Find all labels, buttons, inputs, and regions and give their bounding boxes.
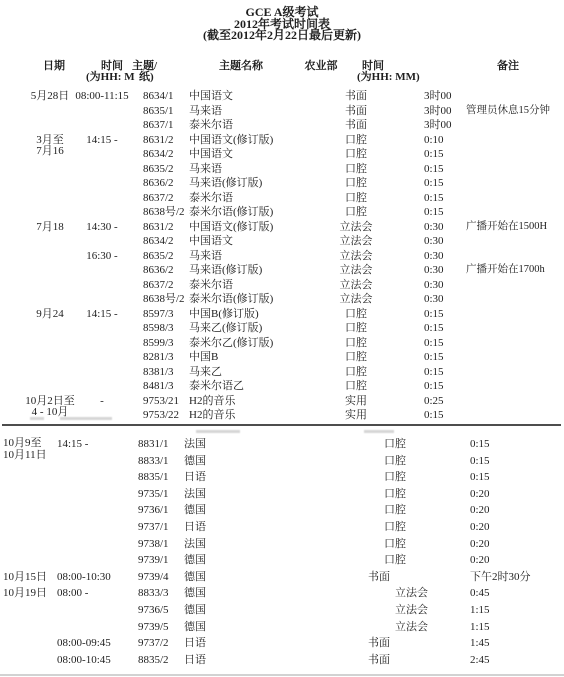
duration-cell: 0:30 — [424, 292, 444, 307]
duration-cell: 0:15 — [424, 379, 444, 394]
exam-type-cell: 口腔 — [362, 536, 428, 553]
page-bottom-edge — [0, 674, 564, 676]
subject-code-cell: 8634/1 — [143, 89, 174, 104]
start-time-cell: 14:15 - — [72, 307, 132, 322]
table-row: 8598/3 马来乙(修订版) 口腔 0:15 — [0, 321, 564, 336]
duration-cell: 0:30 — [424, 220, 444, 235]
exam-type-cell: 口腔 — [325, 191, 387, 206]
column-header-time-sub: (为HH: M — [86, 68, 135, 84]
duration-cell: 0:15 — [424, 321, 444, 336]
exam-type-cell: 立法会 — [325, 278, 387, 293]
exam-type-cell: 立法会 — [362, 619, 428, 636]
subject-code-cell: 8638号/2 — [143, 292, 185, 307]
table-row: 8637/2 泰米尔语 口腔 0:15 — [0, 191, 564, 206]
exam-type-cell: 口腔 — [362, 519, 428, 536]
timetable-section-2: 10月9至 10月11日 14:15 - 8831/1 法国 口腔 0:15 8… — [0, 436, 564, 668]
subject-name-cell: 泰米尔语 — [189, 118, 233, 133]
subject-code-cell: 9737/1 — [138, 519, 169, 536]
subject-code-cell: 8598/3 — [143, 321, 174, 336]
table-row: 8634/2 中国语文 口腔 0:15 — [0, 147, 564, 162]
subject-name-cell: 中国语文 — [189, 147, 233, 162]
table-row: 08:00-10:45 8835/2 日语 书面 2:45 — [0, 652, 564, 669]
table-row: 9737/1 日语 口腔 0:20 — [0, 519, 564, 536]
subject-name-cell: 德国 — [184, 502, 206, 519]
exam-type-cell: 口腔 — [325, 379, 387, 394]
subject-name-cell: 中国B(修订版) — [189, 307, 259, 322]
subject-code-cell: 9753/21 — [143, 394, 179, 409]
duration-cell: 0:20 — [470, 536, 490, 553]
table-row: 8481/3 泰米尔语乙 口腔 0:15 — [0, 379, 564, 394]
table-row: 8636/2 马来语(修订版) 立法会 0:30 广播开始在1700h — [0, 263, 564, 278]
duration-cell: 0:15 — [424, 408, 444, 423]
exam-type-cell: 立法会 — [325, 292, 387, 307]
table-row: 8636/2 马来语(修订版) 口腔 0:15 — [0, 176, 564, 191]
duration-cell: 3时00 — [424, 104, 452, 119]
subject-code-cell: 8635/2 — [143, 162, 174, 177]
duration-cell: 1:15 — [470, 619, 490, 636]
column-header-date: 日期 — [28, 57, 80, 73]
subject-code-cell: 8638号/2 — [143, 205, 185, 220]
subject-name-cell: 马来乙(修订版) — [189, 321, 262, 336]
duration-cell: 0:45 — [470, 585, 490, 602]
subject-code-cell: 8637/2 — [143, 191, 174, 206]
subject-code-cell: 8635/1 — [143, 104, 174, 119]
subject-code-cell: 9737/2 — [138, 635, 169, 652]
remark-cell: 广播开始在1700h — [466, 263, 545, 278]
subject-code-cell: 8634/2 — [143, 147, 174, 162]
subject-name-cell: 德国 — [184, 569, 206, 586]
subject-name-cell: 泰米尔语(修订版) — [189, 292, 273, 307]
duration-cell: 0:30 — [424, 263, 444, 278]
subject-name-cell: 中国语文(修订版) — [189, 220, 273, 235]
exam-type-cell: 书面 — [325, 118, 387, 133]
start-time-cell: 16:30 - — [72, 249, 132, 264]
exam-type-cell: 口腔 — [325, 307, 387, 322]
table-row: 10月2日至 4 - 10月 - 9753/21 H2的音乐 实用 0:25 — [0, 394, 564, 409]
exam-type-cell: 口腔 — [362, 552, 428, 569]
duration-cell: 0:15 — [424, 147, 444, 162]
subject-name-cell: 德国 — [184, 552, 206, 569]
remark-cell: 广播开始在1500H — [466, 220, 547, 235]
subject-code-cell: 8831/1 — [138, 436, 169, 453]
subject-name-cell: 马来语 — [189, 162, 222, 177]
subject-name-cell: 泰米尔语 — [189, 278, 233, 293]
table-row: 9735/1 法国 口腔 0:20 — [0, 486, 564, 503]
duration-cell: 0:15 — [470, 469, 490, 486]
exam-type-cell: 立法会 — [325, 263, 387, 278]
exam-type-cell: 口腔 — [325, 176, 387, 191]
column-header-dept: 农业部 — [302, 57, 340, 73]
subject-code-cell: 8637/1 — [143, 118, 174, 133]
duration-cell: 0:30 — [424, 249, 444, 264]
table-row: 08:00-09:45 9737/2 日语 书面 1:45 — [0, 635, 564, 652]
exam-type-cell: 口腔 — [325, 133, 387, 148]
exam-type-cell: 实用 — [325, 394, 387, 409]
subject-code-cell: 9738/1 — [138, 536, 169, 553]
table-row: 9739/5 德国 立法会 1:15 — [0, 619, 564, 636]
subject-name-cell: H2的音乐 — [189, 408, 235, 423]
exam-type-cell: 口腔 — [325, 147, 387, 162]
duration-cell: 0:20 — [470, 552, 490, 569]
exam-timetable-page: GCE A级考试 2012年考试时间表 (截至2012年2月22日最后更新) 日… — [0, 0, 564, 677]
exam-type-cell: 口腔 — [325, 162, 387, 177]
subject-code-cell: 9736/5 — [138, 602, 169, 619]
table-row: 8637/1 泰米尔语 书面 3时00 — [0, 118, 564, 133]
subject-code-cell: 8631/2 — [143, 220, 174, 235]
subject-name-cell: 马来语 — [189, 104, 222, 119]
subject-name-cell: 马来语 — [189, 249, 222, 264]
subject-name-cell: 日语 — [184, 469, 206, 486]
subject-name-cell: 德国 — [184, 453, 206, 470]
start-time-cell: - — [72, 394, 132, 409]
subject-code-cell: 8281/3 — [143, 350, 174, 365]
page-title: GCE A级考试 2012年考试时间表 (截至2012年2月22日最后更新) — [0, 7, 564, 42]
table-row: 8833/1 德国 口腔 0:15 — [0, 453, 564, 470]
duration-cell: 0:15 — [424, 307, 444, 322]
subject-name-cell: 马来语(修订版) — [189, 263, 262, 278]
duration-cell: 0:15 — [424, 162, 444, 177]
page-split-artifact — [30, 417, 44, 420]
page-split-artifact — [364, 430, 394, 433]
table-row: 9月24 14:15 - 8597/3 中国B(修订版) 口腔 0:15 — [0, 307, 564, 322]
exam-type-cell: 立法会 — [325, 249, 387, 264]
table-row: 8381/3 马来乙 口腔 0:15 — [0, 365, 564, 380]
subject-name-cell: 中国语文(修订版) — [189, 133, 273, 148]
exam-type-cell: 书面 — [325, 104, 387, 119]
exam-type-cell: 书面 — [362, 569, 434, 586]
subject-name-cell: 德国 — [184, 619, 206, 636]
duration-cell: 0:25 — [424, 394, 444, 409]
table-row: 10月15日 08:00-10:30 9739/4 德国 书面 下午2时30分 — [0, 569, 564, 586]
duration-cell: 0:15 — [424, 365, 444, 380]
table-row: 16:30 - 8635/2 马来语 立法会 0:30 — [0, 249, 564, 264]
duration-cell: 0:15 — [424, 336, 444, 351]
table-row: 8635/2 马来语 口腔 0:15 — [0, 162, 564, 177]
subject-code-cell: 8833/3 — [138, 585, 169, 602]
table-row: 9753/22 H2的音乐 实用 0:15 — [0, 408, 564, 423]
subject-code-cell: 8835/2 — [138, 652, 169, 669]
date-cell: 10月15日 — [3, 569, 63, 586]
table-row: 8638号/2 泰米尔语(修订版) 立法会 0:30 — [0, 292, 564, 307]
exam-type-cell: 口腔 — [362, 486, 428, 503]
subject-name-cell: 马来乙 — [189, 365, 222, 380]
exam-type-cell: 书面 — [362, 652, 434, 669]
subject-name-cell: 泰米尔语乙 — [189, 379, 244, 394]
subject-code-cell: 8599/3 — [143, 336, 174, 351]
subject-code-cell: 8597/3 — [143, 307, 174, 322]
start-time-cell: 14:15 - — [72, 133, 132, 148]
exam-type-cell: 口腔 — [362, 469, 428, 486]
subject-code-cell: 8381/3 — [143, 365, 174, 380]
exam-type-cell: 立法会 — [325, 220, 387, 235]
exam-type-cell: 立法会 — [362, 585, 428, 602]
column-header-subject-code-sub: 纸) — [139, 68, 154, 84]
exam-type-cell: 立法会 — [362, 602, 428, 619]
start-time-cell: 08:00-10:45 — [57, 652, 111, 669]
subject-name-cell: 法国 — [184, 486, 206, 503]
table-row: 5月28日 08:00-11:15 8634/1 中国语文 书面 3时00 — [0, 89, 564, 104]
table-row: 8599/3 泰米尔乙(修订版) 口腔 0:15 — [0, 336, 564, 351]
subject-name-cell: 日语 — [184, 519, 206, 536]
table-row: 8635/1 马来语 书面 3时00 管理员休息15分钟 — [0, 104, 564, 119]
subject-name-cell: 泰米尔语 — [189, 191, 233, 206]
subject-name-cell: 德国 — [184, 585, 206, 602]
start-time-cell: 14:15 - — [57, 436, 88, 453]
subject-name-cell: 中国B — [189, 350, 218, 365]
date-cell: 10月19日 — [3, 585, 63, 602]
column-header-subject-name: 主题名称 — [198, 57, 284, 73]
subject-code-cell: 9735/1 — [138, 486, 169, 503]
subject-name-cell: 马来语(修订版) — [189, 176, 262, 191]
start-time-cell: 08:00-10:30 — [57, 569, 111, 586]
table-row: 10月9至 10月11日 14:15 - 8831/1 法国 口腔 0:15 — [0, 436, 564, 453]
duration-cell: 0:15 — [424, 350, 444, 365]
page-separator-line — [2, 424, 561, 426]
title-line-3: (截至2012年2月22日最后更新) — [0, 30, 564, 42]
subject-name-cell: 法国 — [184, 436, 206, 453]
subject-code-cell: 8481/3 — [143, 379, 174, 394]
duration-cell: 0:15 — [424, 205, 444, 220]
subject-code-cell: 9753/22 — [143, 408, 179, 423]
duration-cell: 2:45 — [470, 652, 490, 669]
timetable-section-1: 5月28日 08:00-11:15 8634/1 中国语文 书面 3时00 86… — [0, 89, 564, 423]
subject-name-cell: 中国语文 — [189, 234, 233, 249]
exam-type-cell: 口腔 — [325, 336, 387, 351]
subject-code-cell: 8637/2 — [143, 278, 174, 293]
subject-code-cell: 8631/2 — [143, 133, 174, 148]
subject-name-cell: 日语 — [184, 652, 206, 669]
duration-cell: 0:15 — [424, 191, 444, 206]
exam-type-cell: 口腔 — [325, 205, 387, 220]
subject-code-cell: 8636/2 — [143, 263, 174, 278]
table-row: 8637/2 泰米尔语 立法会 0:30 — [0, 278, 564, 293]
table-row: 3月至 7月16 14:15 - 8631/2 中国语文(修订版) 口腔 0:1… — [0, 133, 564, 148]
table-row: 9736/5 德国 立法会 1:15 — [0, 602, 564, 619]
exam-type-cell: 书面 — [325, 89, 387, 104]
exam-type-cell: 口腔 — [325, 365, 387, 380]
exam-type-cell: 口腔 — [325, 350, 387, 365]
duration-cell: 0:10 — [424, 133, 444, 148]
table-row: 8281/3 中国B 口腔 0:15 — [0, 350, 564, 365]
exam-type-cell: 立法会 — [325, 234, 387, 249]
subject-code-cell: 8634/2 — [143, 234, 174, 249]
subject-code-cell: 9739/1 — [138, 552, 169, 569]
subject-code-cell: 8636/2 — [143, 176, 174, 191]
remark-cell: 管理员休息15分钟 — [466, 104, 550, 119]
duration-cell: 0:15 — [424, 176, 444, 191]
column-header-duration-sub: (为HH: MM) — [357, 68, 420, 84]
duration-cell: 0:20 — [470, 519, 490, 536]
column-header-remark: 备注 — [497, 57, 519, 73]
subject-code-cell: 8835/1 — [138, 469, 169, 486]
subject-name-cell: 泰米尔语(修订版) — [189, 205, 273, 220]
table-row: 10月19日 08:00 - 8833/3 德国 立法会 0:45 — [0, 585, 564, 602]
subject-code-cell: 9736/1 — [138, 502, 169, 519]
subject-name-cell: 日语 — [184, 635, 206, 652]
page-split-artifact — [60, 417, 112, 420]
duration-cell: 0:30 — [424, 234, 444, 249]
duration-cell: 3时00 — [424, 118, 452, 133]
duration-cell: 3时00 — [424, 89, 452, 104]
table-row: 8634/2 中国语文 立法会 0:30 — [0, 234, 564, 249]
subject-code-cell: 9739/5 — [138, 619, 169, 636]
subject-name-cell: 法国 — [184, 536, 206, 553]
subject-name-cell: 中国语文 — [189, 89, 233, 104]
exam-type-cell: 口腔 — [362, 502, 428, 519]
exam-type-cell: 口腔 — [362, 453, 428, 470]
table-row: 8835/1 日语 口腔 0:15 — [0, 469, 564, 486]
duration-cell: 1:15 — [470, 602, 490, 619]
subject-name-cell: 泰米尔乙(修订版) — [189, 336, 273, 351]
page-split-artifact — [196, 430, 240, 433]
subject-name-cell: 德国 — [184, 602, 206, 619]
table-row: 9738/1 法国 口腔 0:20 — [0, 536, 564, 553]
duration-cell: 下午2时30分 — [470, 569, 531, 586]
duration-cell: 0:30 — [424, 278, 444, 293]
start-time-cell: 08:00 - — [57, 585, 88, 602]
table-row: 9736/1 德国 口腔 0:20 — [0, 502, 564, 519]
duration-cell: 0:15 — [470, 453, 490, 470]
subject-code-cell: 8635/2 — [143, 249, 174, 264]
exam-type-cell: 口腔 — [362, 436, 428, 453]
subject-name-cell: H2的音乐 — [189, 394, 235, 409]
duration-cell: 0:20 — [470, 486, 490, 503]
duration-cell: 1:45 — [470, 635, 490, 652]
start-time-cell: 08:00-11:15 — [72, 89, 132, 104]
duration-cell: 0:15 — [470, 436, 490, 453]
start-time-cell: 08:00-09:45 — [57, 635, 111, 652]
table-row: 9739/1 德国 口腔 0:20 — [0, 552, 564, 569]
exam-type-cell: 口腔 — [325, 321, 387, 336]
table-row: 7月18 14:30 - 8631/2 中国语文(修订版) 立法会 0:30 广… — [0, 220, 564, 235]
subject-code-cell: 9739/4 — [138, 569, 169, 586]
start-time-cell: 14:30 - — [72, 220, 132, 235]
exam-type-cell: 书面 — [362, 635, 434, 652]
exam-type-cell: 实用 — [325, 408, 387, 423]
duration-cell: 0:20 — [470, 502, 490, 519]
table-row: 8638号/2 泰米尔语(修订版) 口腔 0:15 — [0, 205, 564, 220]
subject-code-cell: 8833/1 — [138, 453, 169, 470]
